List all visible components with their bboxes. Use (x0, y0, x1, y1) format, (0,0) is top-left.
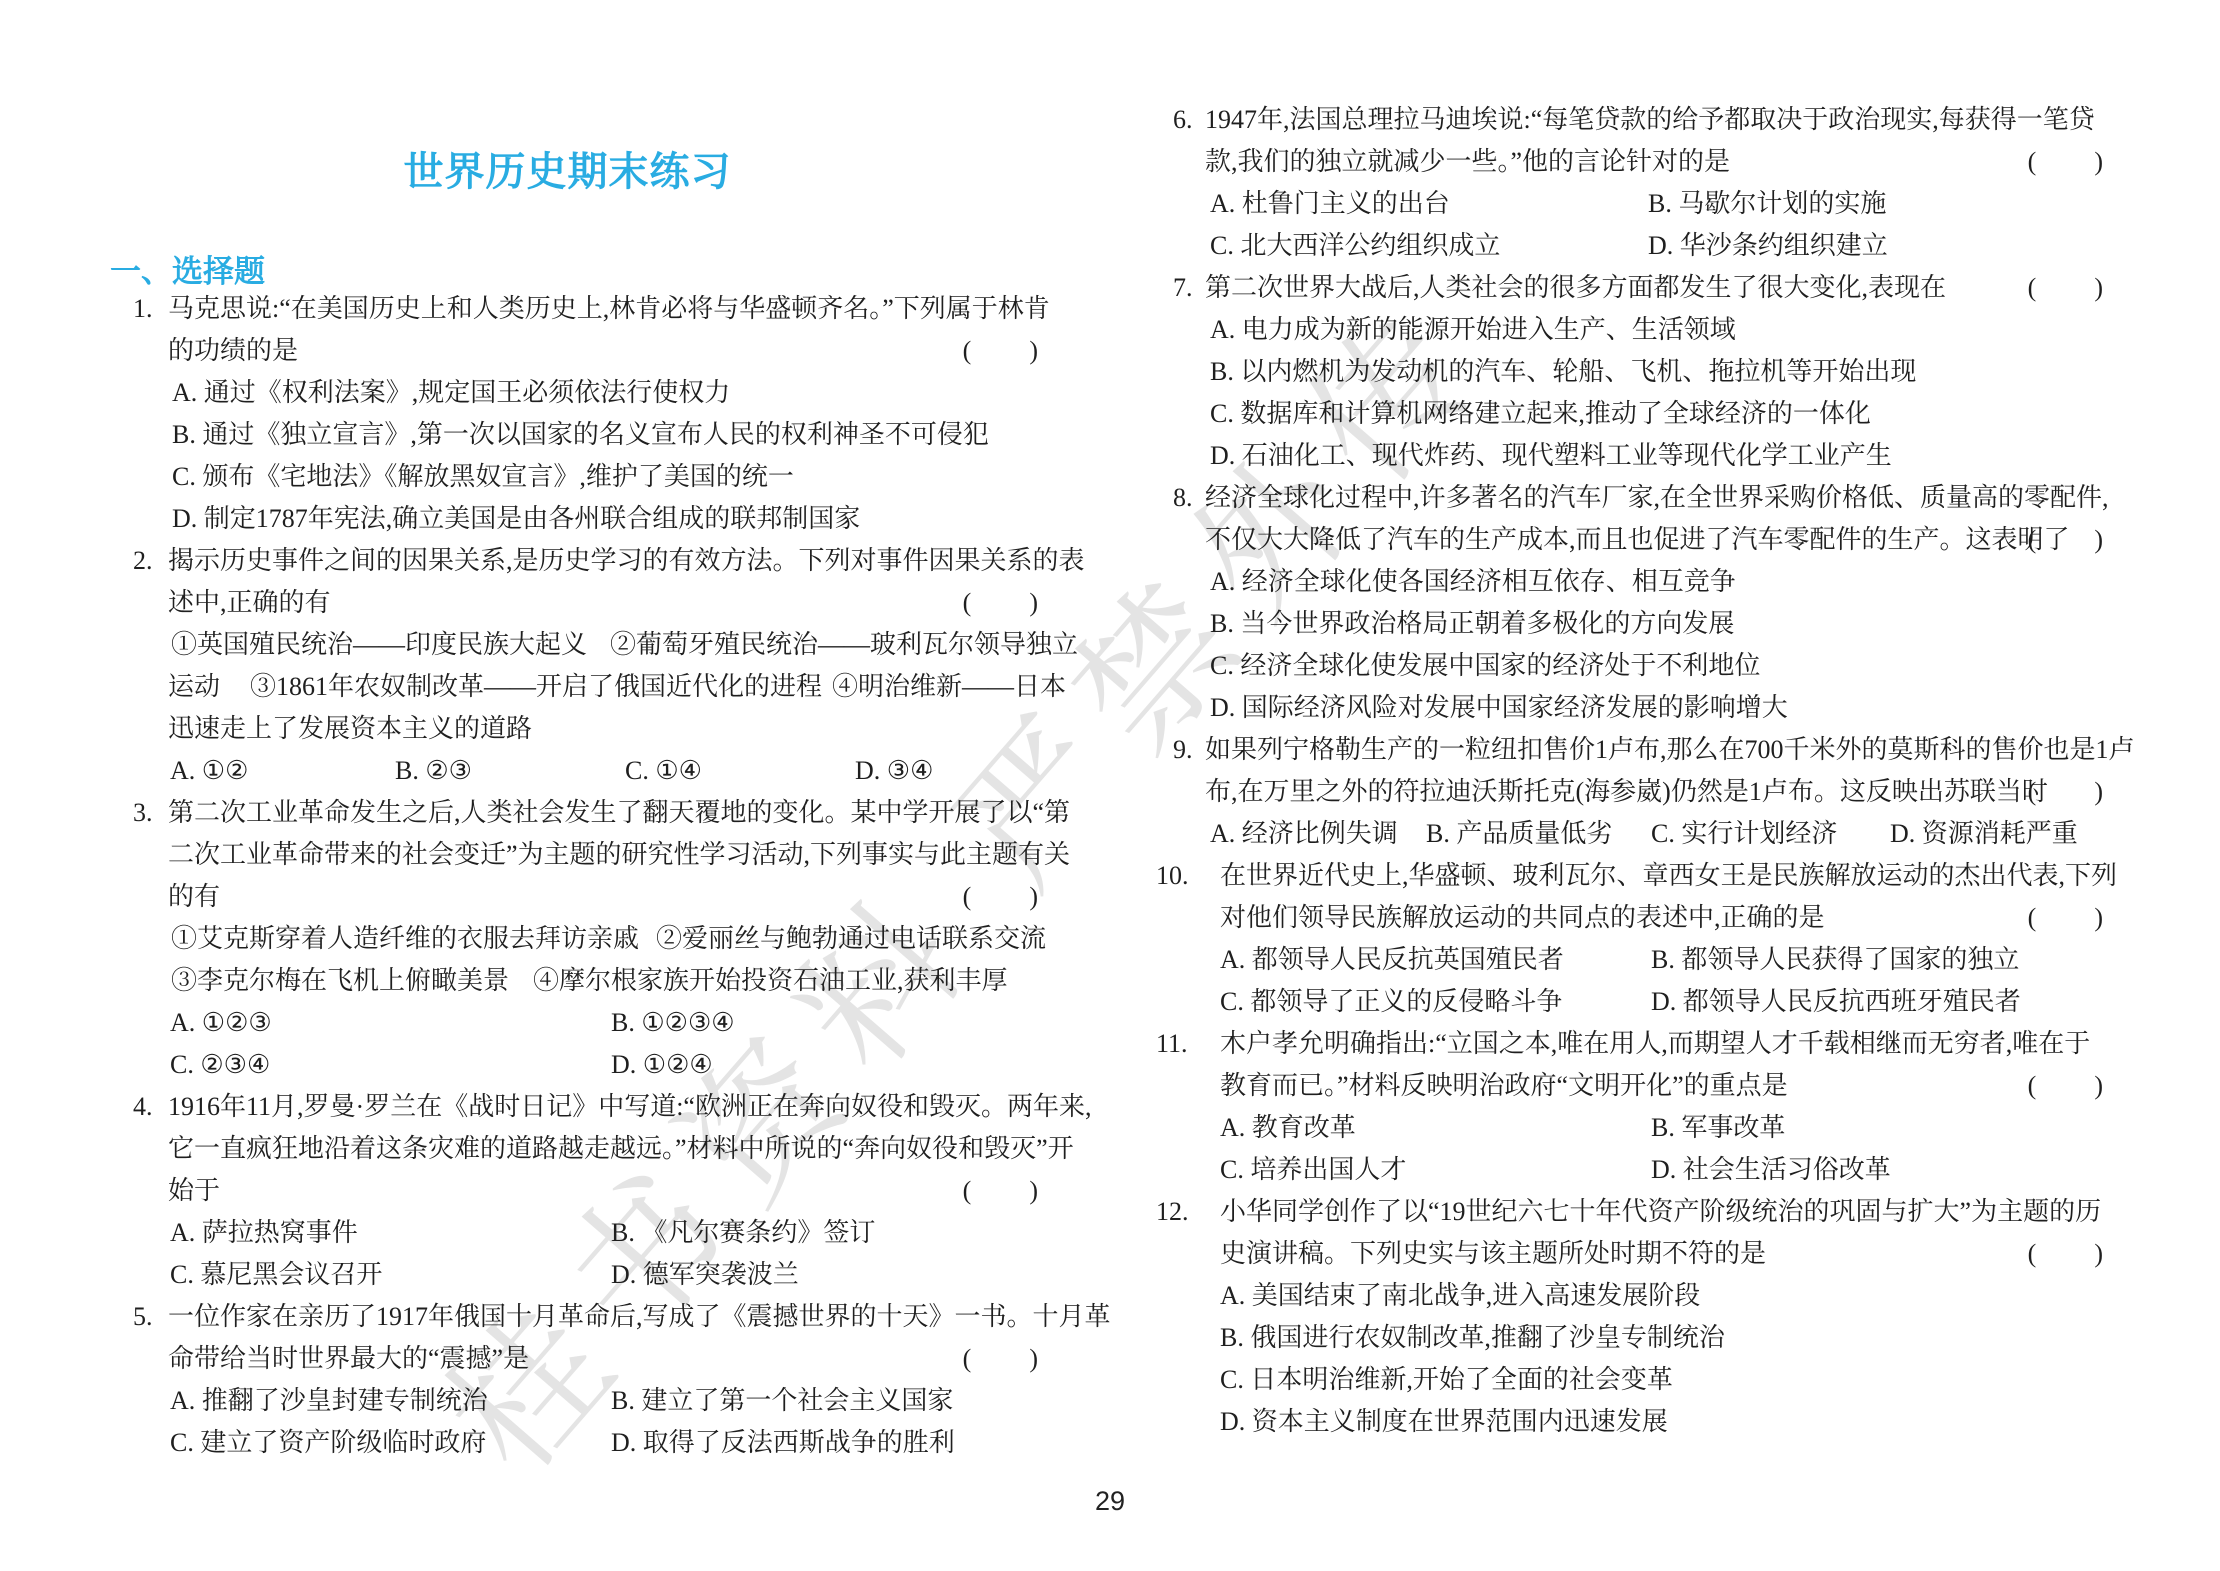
question-line: 2.揭示历史事件之间的因果关系,是历史学习的有效方法。下列对事件因果关系的表 (95, 540, 1040, 582)
question-6: 6.1947年,法国总理拉马迪埃说:“每笔贷款的给予都取决于政治现实,每获得一笔… (1148, 99, 2105, 267)
question-2: 2.揭示历史事件之间的因果关系,是历史学习的有效方法。下列对事件因果关系的表述中… (95, 540, 1040, 792)
line-text: D. 石油化工、现代炸药、现代塑料工业等现代化学工业产生 (1210, 435, 1892, 477)
line-text: C. ①④ (625, 750, 702, 792)
line-text: 3. (133, 792, 153, 834)
line-text: 一位作家在亲历了1917年俄国十月革命后,写成了《震撼世界的十天》一书。十月革 (168, 1296, 1111, 1338)
question-line: C. 数据库和计算机网络建立起来,推动了全球经济的一体化 (1148, 393, 2105, 435)
line-text: A. 经济全球化使各国经济相互依存、相互竞争 (1210, 561, 1736, 603)
question-line: 史演讲稿。下列史实与该主题所处时期不符的是( ) (1148, 1233, 2105, 1275)
line-text: 1916年11月,罗曼·罗兰在《战时日记》中写道:“欧洲正在奔向奴役和毁灭。两年… (168, 1086, 1091, 1128)
question-line: D. 国际经济风险对发展中国家经济发展的影响增大 (1148, 687, 2105, 729)
answer-blank: ( ) (2028, 897, 2105, 939)
answer-blank: ( ) (2028, 267, 2105, 309)
question-7: 7.第二次世界大战后,人类社会的很多方面都发生了很大变化,表现在( )A. 电力… (1148, 267, 2105, 477)
column-left: 1.马克思说:“在美国历史上和人类历史上,林肯必将与华盛顿齐名。”下列属于林肯的… (95, 288, 1040, 1464)
line-text: 1947年,法国总理拉马迪埃说:“每笔贷款的给予都取决于政治现实,每获得一笔贷 (1205, 99, 2095, 141)
line-text: D. 德军突袭波兰 (611, 1254, 799, 1296)
line-text: A. 推翻了沙皇封建专制统治 (170, 1380, 488, 1422)
line-text: 揭示历史事件之间的因果关系,是历史学习的有效方法。下列对事件因果关系的表 (168, 540, 1085, 582)
line-text: 在世界近代史上,华盛顿、玻利瓦尔、章西女王是民族解放运动的杰出代表,下列 (1220, 855, 2117, 897)
line-text: D. 社会生活习俗改革 (1651, 1149, 1891, 1191)
answer-blank: ( ) (963, 582, 1040, 624)
question-line: A. 教育改革B. 军事改革 (1148, 1107, 2105, 1149)
question-line: 5.一位作家在亲历了1917年俄国十月革命后,写成了《震撼世界的十天》一书。十月… (95, 1296, 1040, 1338)
question-line: 布,在万里之外的符拉迪沃斯托克(海参崴)仍然是1卢布。这反映出苏联当时( ) (1148, 771, 2105, 813)
question-line: C. 经济全球化使发展中国家的经济处于不利地位 (1148, 645, 2105, 687)
line-text: 9. (1173, 729, 1193, 771)
line-text: 对他们领导民族解放运动的共同点的表述中,正确的是 (1220, 897, 1825, 939)
question-11: 11.木户孝允明确指出:“立国之本,唯在用人,而期望人才千载相继而无穷者,唯在于… (1148, 1023, 2105, 1191)
line-text: A. 通过《权利法案》,规定国王必须依法行使权力 (172, 372, 730, 414)
line-text: 6. (1173, 99, 1193, 141)
line-text: 小华同学创作了以“19世纪六七十年代资产阶级统治的巩固与扩大”为主题的历 (1220, 1191, 2101, 1233)
line-text: 教育而已。”材料反映明治政府“文明开化”的重点是 (1220, 1065, 1788, 1107)
line-text: 命带给当时世界最大的“震撼”是 (168, 1338, 529, 1380)
answer-blank: ( ) (2028, 141, 2105, 183)
line-text: ②葡萄牙殖民统治——玻利瓦尔领导独立 (610, 624, 1078, 666)
question-line: 的功绩的是( ) (95, 330, 1040, 372)
line-text: A. 美国结束了南北战争,进入高速发展阶段 (1220, 1275, 1700, 1317)
question-line: ①艾克斯穿着人造纤维的衣服去拜访亲戚②爱丽丝与鲍勃通过电话联系交流 (95, 918, 1040, 960)
line-text: B. 军事改革 (1651, 1107, 1785, 1149)
line-text: 如果列宁格勒生产的一粒纽扣售价1卢布,那么在700千米外的莫斯科的售价也是1卢 (1205, 729, 2135, 771)
line-text: 10. (1156, 855, 1189, 897)
answer-blank: ( ) (2028, 1065, 2105, 1107)
question-4: 4.1916年11月,罗曼·罗兰在《战时日记》中写道:“欧洲正在奔向奴役和毁灭。… (95, 1086, 1040, 1296)
question-line: 1.马克思说:“在美国历史上和人类历史上,林肯必将与华盛顿齐名。”下列属于林肯 (95, 288, 1040, 330)
line-text: A. 经济比例失调 (1210, 813, 1398, 855)
line-text: A. ①②③ (170, 1002, 272, 1044)
line-text: 述中,正确的有 (168, 582, 331, 624)
question-line: C. 日本明治维新,开始了全面的社会变革 (1148, 1359, 2105, 1401)
question-line: A. 美国结束了南北战争,进入高速发展阶段 (1148, 1275, 2105, 1317)
question-line: A. 经济全球化使各国经济相互依存、相互竞争 (1148, 561, 2105, 603)
line-text: 经济全球化过程中,许多著名的汽车厂家,在全世界采购价格低、质量高的零配件, (1205, 477, 2109, 519)
line-text: ②爱丽丝与鲍勃通过电话联系交流 (656, 918, 1046, 960)
question-line: 教育而已。”材料反映明治政府“文明开化”的重点是( ) (1148, 1065, 2105, 1107)
question-line: A. 萨拉热窝事件B. 《凡尔赛条约》签订 (95, 1212, 1040, 1254)
answer-blank: ( ) (963, 876, 1040, 918)
question-line: 不仅大大降低了汽车的生产成本,而且也促进了汽车零配件的生产。这表明了( ) (1148, 519, 2105, 561)
line-text: 马克思说:“在美国历史上和人类历史上,林肯必将与华盛顿齐名。”下列属于林肯 (168, 288, 1050, 330)
question-line: A. 经济比例失调B. 产品质量低劣C. 实行计划经济D. 资源消耗严重 (1148, 813, 2105, 855)
line-text: D. 华沙条约组织建立 (1648, 225, 1888, 267)
line-text: D. 资源消耗严重 (1890, 813, 2078, 855)
question-line: 二次工业革命带来的社会变迁”为主题的研究性学习活动,下列事实与此主题有关 (95, 834, 1040, 876)
question-line: 6.1947年,法国总理拉马迪埃说:“每笔贷款的给予都取决于政治现实,每获得一笔… (1148, 99, 2105, 141)
question-line: A. 都领导人民反抗英国殖民者B. 都领导人民获得了国家的独立 (1148, 939, 2105, 981)
section-heading: 一、选择题 (110, 246, 265, 291)
question-line: A. 通过《权利法案》,规定国王必须依法行使权力 (95, 372, 1040, 414)
question-8: 8.经济全球化过程中,许多著名的汽车厂家,在全世界采购价格低、质量高的零配件,不… (1148, 477, 2105, 729)
exam-page: 桂书资料 严禁外传 世界历史期末练习 一、选择题 1.马克思说:“在美国历史上和… (0, 0, 2220, 1571)
question-line: 9.如果列宁格勒生产的一粒纽扣售价1卢布,那么在700千米外的莫斯科的售价也是1… (1148, 729, 2105, 771)
question-line: 款,我们的独立就减少一些。”他的言论针对的是( ) (1148, 141, 2105, 183)
line-text: B. 马歇尔计划的实施 (1648, 183, 1886, 225)
answer-blank: ( ) (2028, 1233, 2105, 1275)
question-5: 5.一位作家在亲历了1917年俄国十月革命后,写成了《震撼世界的十天》一书。十月… (95, 1296, 1040, 1464)
answer-blank: ( ) (963, 1170, 1040, 1212)
line-text: D. 制定1787年宪法,确立美国是由各州联合组成的联邦制国家 (172, 498, 860, 540)
page-title: 世界历史期末练习 (95, 140, 1040, 197)
line-text: B. 俄国进行农奴制改革,推翻了沙皇专制统治 (1220, 1317, 1725, 1359)
line-text: 不仅大大降低了汽车的生产成本,而且也促进了汽车零配件的生产。这表明了 (1205, 519, 2070, 561)
line-text: 12. (1156, 1191, 1189, 1233)
line-text: ③1861年农奴制改革——开启了俄国近代化的进程 (250, 666, 822, 708)
question-10: 10.在世界近代史上,华盛顿、玻利瓦尔、章西女王是民族解放运动的杰出代表,下列对… (1148, 855, 2105, 1023)
line-text: B. 《凡尔赛条约》签订 (611, 1212, 875, 1254)
question-line: C. 慕尼黑会议召开D. 德军突袭波兰 (95, 1254, 1040, 1296)
line-text: A. 杜鲁门主义的出台 (1210, 183, 1450, 225)
question-line: 7.第二次世界大战后,人类社会的很多方面都发生了很大变化,表现在( ) (1148, 267, 2105, 309)
question-line: 迅速走上了发展资本主义的道路 (95, 708, 1040, 750)
question-line: 10.在世界近代史上,华盛顿、玻利瓦尔、章西女王是民族解放运动的杰出代表,下列 (1148, 855, 2105, 897)
line-text: 7. (1173, 267, 1193, 309)
line-text: 迅速走上了发展资本主义的道路 (168, 708, 532, 750)
line-text: B. 以内燃机为发动机的汽车、轮船、飞机、拖拉机等开始出现 (1210, 351, 1916, 393)
line-text: A. ①② (170, 750, 248, 792)
line-text: B. 通过《独立宣言》,第一次以国家的名义宣布人民的权利神圣不可侵犯 (172, 414, 989, 456)
line-text: D. ①②④ (611, 1044, 713, 1086)
question-1: 1.马克思说:“在美国历史上和人类历史上,林肯必将与华盛顿齐名。”下列属于林肯的… (95, 288, 1040, 540)
line-text: ①英国殖民统治——印度民族大起义 (171, 624, 587, 666)
line-text: C. 建立了资产阶级临时政府 (170, 1422, 486, 1464)
line-text: 11. (1156, 1023, 1188, 1065)
question-line: 的有( ) (95, 876, 1040, 918)
question-line: B. 以内燃机为发动机的汽车、轮船、飞机、拖拉机等开始出现 (1148, 351, 2105, 393)
question-line: A. 电力成为新的能源开始进入生产、生活领域 (1148, 309, 2105, 351)
question-line: B. 当今世界政治格局正朝着多极化的方向发展 (1148, 603, 2105, 645)
line-text: A. 萨拉热窝事件 (170, 1212, 358, 1254)
question-9: 9.如果列宁格勒生产的一粒纽扣售价1卢布,那么在700千米外的莫斯科的售价也是1… (1148, 729, 2105, 855)
answer-blank: ( ) (2028, 519, 2105, 561)
line-text: B. 当今世界政治格局正朝着多极化的方向发展 (1210, 603, 1734, 645)
line-text: A. 教育改革 (1220, 1107, 1356, 1149)
question-line: 它一直疯狂地沿着这条灾难的道路越走越远。”材料中所说的“奔向奴役和毁灭”开 (95, 1128, 1040, 1170)
answer-blank: ( ) (963, 1338, 1040, 1380)
question-line: 命带给当时世界最大的“震撼”是( ) (95, 1338, 1040, 1380)
line-text: 运动 (168, 666, 220, 708)
line-text: 的有 (168, 876, 220, 918)
line-text: 布,在万里之外的符拉迪沃斯托克(海参崴)仍然是1卢布。这反映出苏联当时 (1205, 771, 2048, 813)
question-line: 对他们领导民族解放运动的共同点的表述中,正确的是( ) (1148, 897, 2105, 939)
question-12: 12.小华同学创作了以“19世纪六七十年代资产阶级统治的巩固与扩大”为主题的历史… (1148, 1191, 2105, 1443)
question-3: 3.第二次工业革命发生之后,人类社会发生了翻天覆地的变化。某中学开展了以“第二次… (95, 792, 1040, 1086)
question-line: 4.1916年11月,罗曼·罗兰在《战时日记》中写道:“欧洲正在奔向奴役和毁灭。… (95, 1086, 1040, 1128)
line-text: 2. (133, 540, 153, 582)
question-line: 3.第二次工业革命发生之后,人类社会发生了翻天覆地的变化。某中学开展了以“第 (95, 792, 1040, 834)
question-line: A. 杜鲁门主义的出台B. 马歇尔计划的实施 (1148, 183, 2105, 225)
line-text: C. 数据库和计算机网络建立起来,推动了全球经济的一体化 (1210, 393, 1871, 435)
line-text: 木户孝允明确指出:“立国之本,唯在用人,而期望人才千载相继而无穷者,唯在于 (1220, 1023, 2090, 1065)
question-line: D. 资本主义制度在世界范围内迅速发展 (1148, 1401, 2105, 1443)
line-text: 二次工业革命带来的社会变迁”为主题的研究性学习活动,下列事实与此主题有关 (168, 834, 1070, 876)
line-text: B. 产品质量低劣 (1426, 813, 1612, 855)
line-text: B. 都领导人民获得了国家的独立 (1651, 939, 2019, 981)
question-line: A. 推翻了沙皇封建专制统治B. 建立了第一个社会主义国家 (95, 1380, 1040, 1422)
line-text: C. 慕尼黑会议召开 (170, 1254, 382, 1296)
question-line: 12.小华同学创作了以“19世纪六七十年代资产阶级统治的巩固与扩大”为主题的历 (1148, 1191, 2105, 1233)
question-line: D. 石油化工、现代炸药、现代塑料工业等现代化学工业产生 (1148, 435, 2105, 477)
line-text: 史演讲稿。下列史实与该主题所处时期不符的是 (1220, 1233, 1766, 1275)
answer-blank: ( ) (963, 330, 1040, 372)
line-text: 它一直疯狂地沿着这条灾难的道路越走越远。”材料中所说的“奔向奴役和毁灭”开 (168, 1128, 1074, 1170)
line-text: B. ①②③④ (611, 1002, 735, 1044)
column-right: 6.1947年,法国总理拉马迪埃说:“每笔贷款的给予都取决于政治现实,每获得一笔… (1148, 99, 2105, 1443)
question-line: ①英国殖民统治——印度民族大起义②葡萄牙殖民统治——玻利瓦尔领导独立 (95, 624, 1040, 666)
question-line: ③李克尔梅在飞机上俯瞰美景④摩尔根家族开始投资石油工业,获利丰厚 (95, 960, 1040, 1002)
line-text: 4. (133, 1086, 153, 1128)
line-text: C. 都领导了正义的反侵略斗争 (1220, 981, 1562, 1023)
question-line: C. ②③④D. ①②④ (95, 1044, 1040, 1086)
question-line: 11.木户孝允明确指出:“立国之本,唯在用人,而期望人才千载相继而无穷者,唯在于 (1148, 1023, 2105, 1065)
line-text: 第二次工业革命发生之后,人类社会发生了翻天覆地的变化。某中学开展了以“第 (168, 792, 1070, 834)
line-text: ④明治维新——日本 (832, 666, 1066, 708)
line-text: C. ②③④ (170, 1044, 270, 1086)
line-text: A. 都领导人民反抗英国殖民者 (1220, 939, 1564, 981)
line-text: B. ②③ (395, 750, 472, 792)
line-text: D. ③④ (855, 750, 933, 792)
line-text: 8. (1173, 477, 1193, 519)
question-line: A. ①②③B. ①②③④ (95, 1002, 1040, 1044)
question-line: C. 颁布《宅地法》《解放黑奴宣言》,维护了美国的统一 (95, 456, 1040, 498)
line-text: ④摩尔根家族开始投资石油工业,获利丰厚 (533, 960, 1008, 1002)
question-line: D. 制定1787年宪法,确立美国是由各州联合组成的联邦制国家 (95, 498, 1040, 540)
line-text: D. 都领导人民反抗西班牙殖民者 (1651, 981, 2021, 1023)
line-text: C. 经济全球化使发展中国家的经济处于不利地位 (1210, 645, 1760, 687)
line-text: 的功绩的是 (168, 330, 298, 372)
question-line: A. ①②B. ②③C. ①④D. ③④ (95, 750, 1040, 792)
question-line: B. 通过《独立宣言》,第一次以国家的名义宣布人民的权利神圣不可侵犯 (95, 414, 1040, 456)
question-line: 始于( ) (95, 1170, 1040, 1212)
line-text: 款,我们的独立就减少一些。”他的言论针对的是 (1205, 141, 1730, 183)
line-text: 1. (133, 288, 153, 330)
line-text: 5. (133, 1296, 153, 1338)
question-line: C. 都领导了正义的反侵略斗争D. 都领导人民反抗西班牙殖民者 (1148, 981, 2105, 1023)
answer-blank: ( ) (2028, 771, 2105, 813)
line-text: 第二次世界大战后,人类社会的很多方面都发生了很大变化,表现在 (1205, 267, 1946, 309)
line-text: 始于 (168, 1170, 220, 1212)
line-text: ①艾克斯穿着人造纤维的衣服去拜访亲戚 (171, 918, 639, 960)
question-line: C. 北大西洋公约组织成立D. 华沙条约组织建立 (1148, 225, 2105, 267)
question-line: 8.经济全球化过程中,许多著名的汽车厂家,在全世界采购价格低、质量高的零配件, (1148, 477, 2105, 519)
question-line: 述中,正确的有( ) (95, 582, 1040, 624)
question-line: B. 俄国进行农奴制改革,推翻了沙皇专制统治 (1148, 1317, 2105, 1359)
line-text: D. 取得了反法西斯战争的胜利 (611, 1422, 955, 1464)
line-text: C. 培养出国人才 (1220, 1149, 1406, 1191)
line-text: C. 日本明治维新,开始了全面的社会变革 (1220, 1359, 1673, 1401)
line-text: D. 国际经济风险对发展中国家经济发展的影响增大 (1210, 687, 1788, 729)
page-number: 29 (0, 1486, 2220, 1517)
question-line: C. 培养出国人才D. 社会生活习俗改革 (1148, 1149, 2105, 1191)
line-text: D. 资本主义制度在世界范围内迅速发展 (1220, 1401, 1668, 1443)
line-text: C. 实行计划经济 (1651, 813, 1837, 855)
line-text: ③李克尔梅在飞机上俯瞰美景 (171, 960, 509, 1002)
question-line: C. 建立了资产阶级临时政府D. 取得了反法西斯战争的胜利 (95, 1422, 1040, 1464)
line-text: C. 北大西洋公约组织成立 (1210, 225, 1500, 267)
line-text: C. 颁布《宅地法》《解放黑奴宣言》,维护了美国的统一 (172, 456, 794, 498)
line-text: A. 电力成为新的能源开始进入生产、生活领域 (1210, 309, 1736, 351)
line-text: B. 建立了第一个社会主义国家 (611, 1380, 953, 1422)
question-line: 运动③1861年农奴制改革——开启了俄国近代化的进程④明治维新——日本 (95, 666, 1040, 708)
